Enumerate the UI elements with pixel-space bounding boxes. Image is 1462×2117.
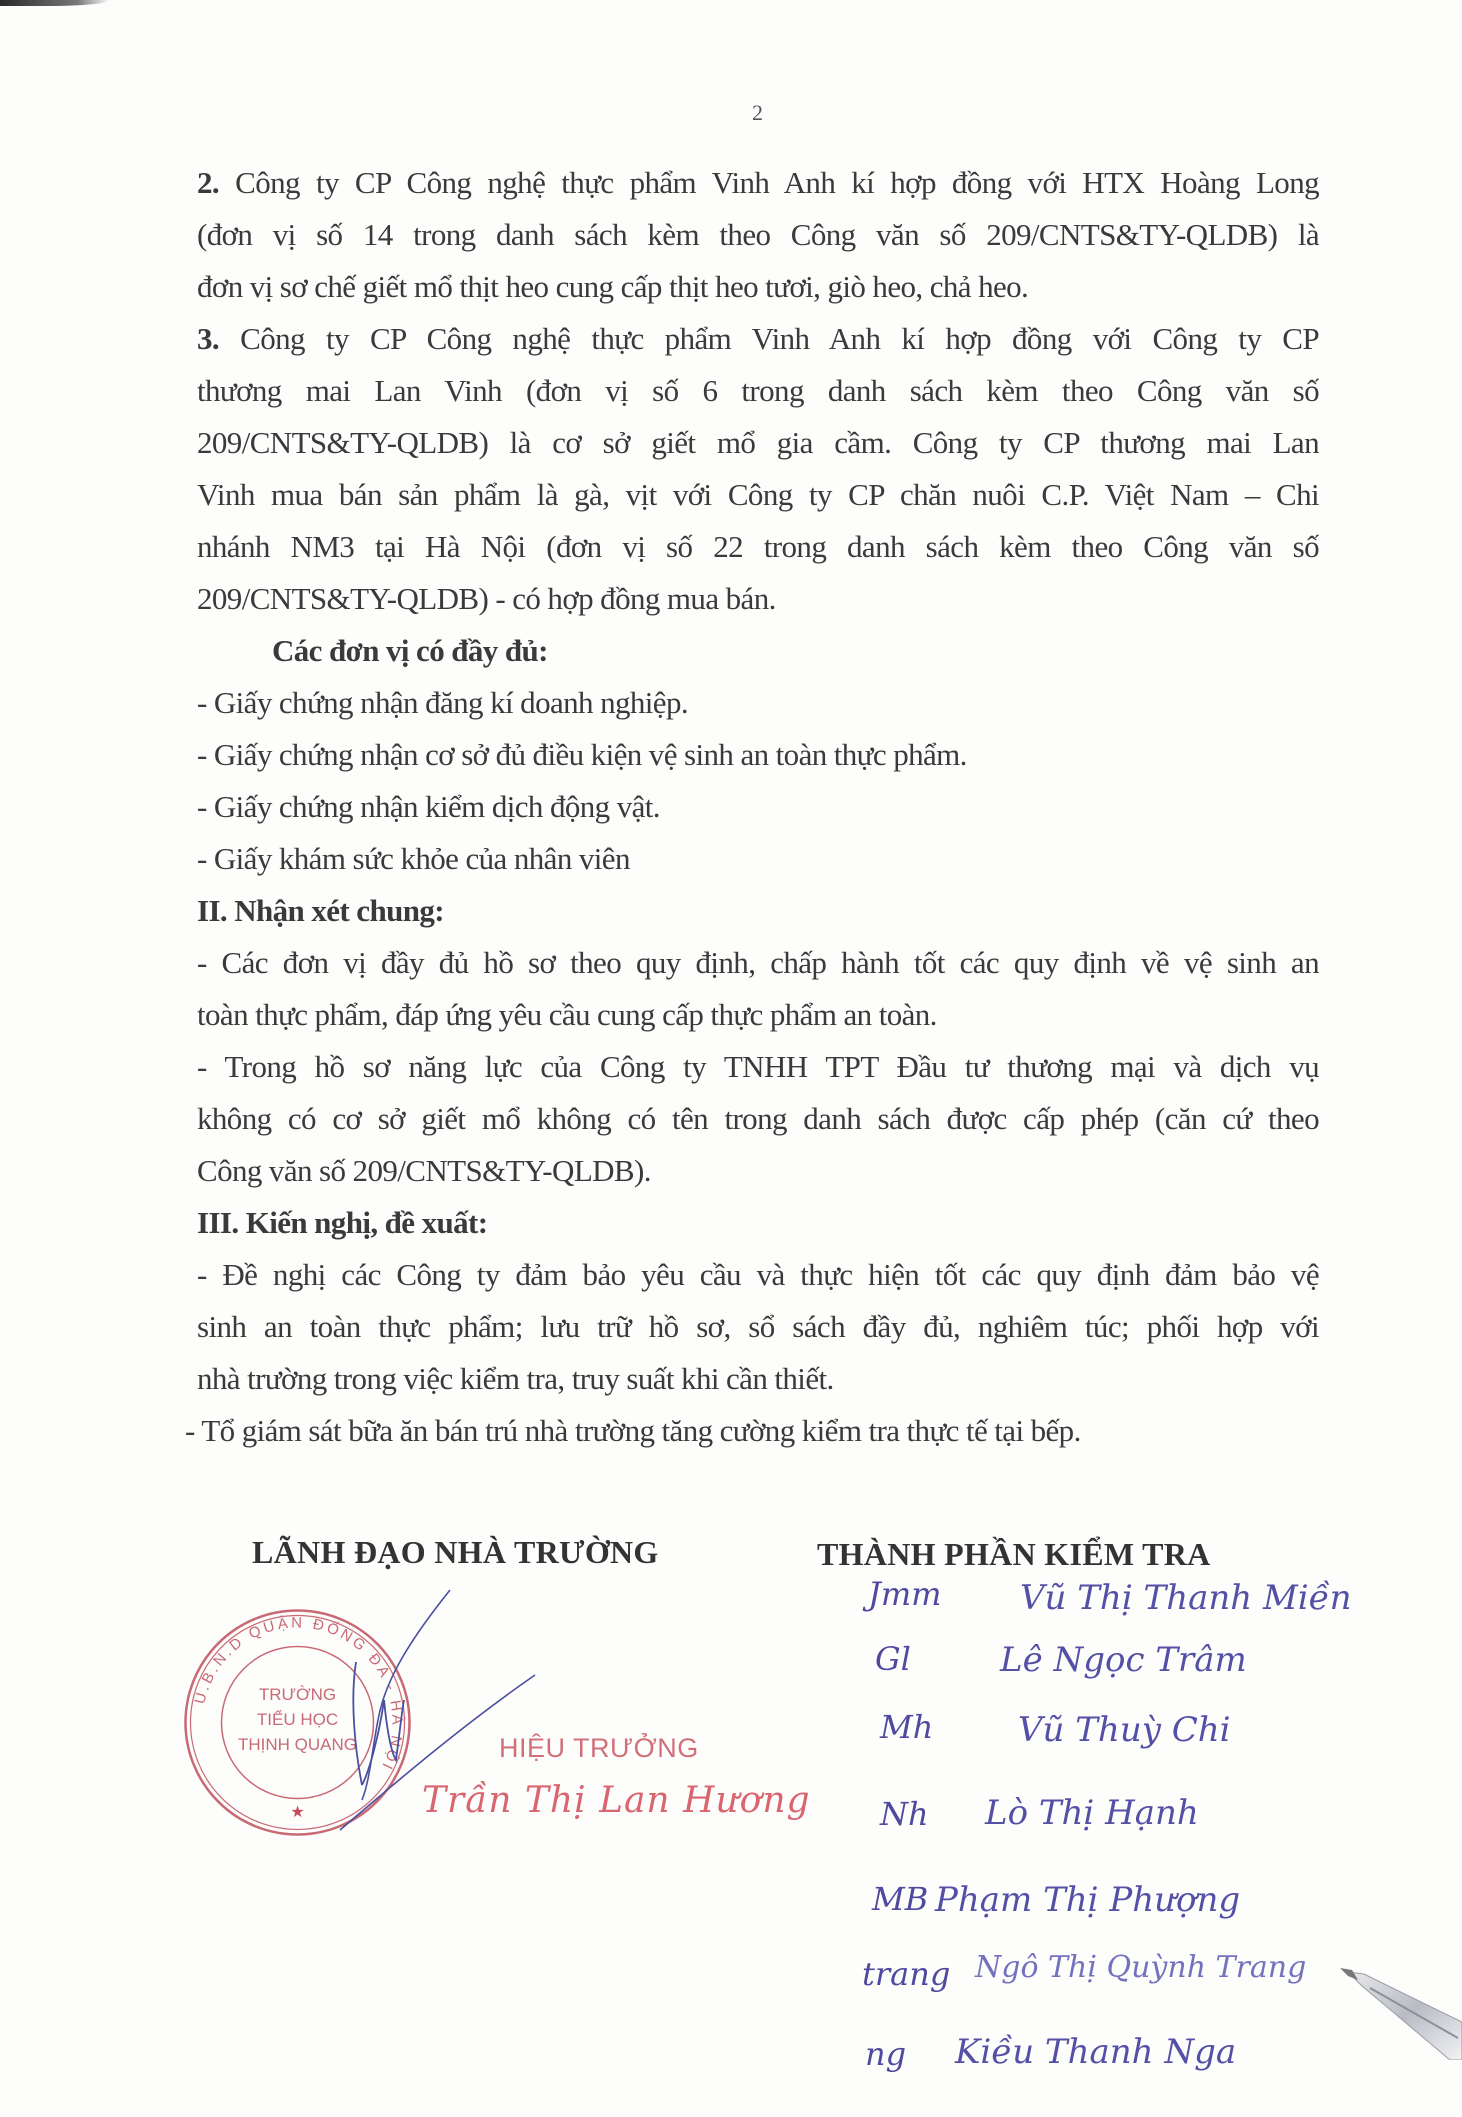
paragraph-3-line: nhánh NM3 tại Hà Nội (đơn vị số 22 trong… xyxy=(197,529,1319,569)
page-corner-shadow xyxy=(0,0,110,6)
member-name: Lê Ngọc Trâm xyxy=(1000,1640,1247,1680)
section-3-line: sinh an toàn thực phẩm; lưu trữ hồ sơ, s… xyxy=(197,1309,1319,1349)
member-signature-mark: Gl xyxy=(875,1640,911,1678)
paragraph-3-line: 209/CNTS&TY-QLDB) - có hợp đồng mua bán. xyxy=(197,581,1319,617)
section-2-line: toàn thực phẩm, đáp ứng yêu cầu cung cấp… xyxy=(197,997,1319,1033)
section-3-line: - Đề nghị các Công ty đảm bảo yêu cầu và… xyxy=(197,1257,1319,1297)
member-signature-mark: Jmm xyxy=(868,1575,942,1613)
school-leadership-heading: LÃNH ĐẠO NHÀ TRƯỜNG xyxy=(252,1534,659,1571)
member-name: Lò Thị Hạnh xyxy=(985,1793,1199,1833)
member-signature-mark: Mh xyxy=(880,1708,933,1746)
member-name: Ngô Thị Quỳnh Trang xyxy=(975,1950,1306,1985)
principal-title: HIỆU TRƯỞNG xyxy=(499,1733,699,1764)
text-span: Công ty CP Công nghệ thực phẩm Vinh Anh … xyxy=(235,165,1319,200)
paragraph-2-line: (đơn vị số 14 trong danh sách kèm theo C… xyxy=(197,217,1319,257)
member-name: Phạm Thị Phượng xyxy=(935,1880,1240,1920)
member-signature-mark: trang xyxy=(862,1955,950,1993)
paragraph-3-label: 3. xyxy=(197,321,219,356)
section-2-heading: II. Nhận xét chung: xyxy=(197,893,1319,929)
member-signature-mark: Nh xyxy=(880,1795,929,1833)
section-2-line: Công văn số 209/CNTS&TY-QLDB). xyxy=(197,1153,1319,1189)
documents-heading: Các đơn vị có đầy đủ: xyxy=(272,633,1394,669)
paragraph-3-line: 3. Công ty CP Công nghệ thực phẩm Vinh A… xyxy=(197,321,1319,361)
section-3-line: nhà trường trong việc kiểm tra, truy suấ… xyxy=(197,1361,1319,1397)
member-signature-mark: ng xyxy=(865,2035,906,2073)
inspection-team-heading: THÀNH PHẦN KIỂM TRA xyxy=(817,1536,1211,1573)
page-number: 2 xyxy=(752,100,763,126)
paragraph-3-line: 209/CNTS&TY-QLDB) là cơ sở giết mổ gia c… xyxy=(197,425,1319,465)
text-span: Công ty CP Công nghệ thực phẩm Vinh Anh … xyxy=(240,321,1319,356)
documents-item: - Giấy chứng nhận đăng kí doanh nghiệp. xyxy=(197,685,1319,721)
documents-item: - Giấy chứng nhận kiểm dịch động vật. xyxy=(197,789,1319,825)
paragraph-2-line: 2. Công ty CP Công nghệ thực phẩm Vinh A… xyxy=(197,165,1319,205)
paragraph-3-line: Vinh mua bán sản phẩm là gà, vịt với Côn… xyxy=(197,477,1319,517)
section-3-line: - Tổ giám sát bữa ăn bán trú nhà trường … xyxy=(185,1413,1307,1449)
member-signature-mark: MB xyxy=(872,1880,928,1918)
paragraph-2-label: 2. xyxy=(197,165,219,200)
documents-item: - Giấy khám sức khỏe của nhân viên xyxy=(197,841,1319,877)
section-2-line: không có cơ sở giết mổ không có tên tron… xyxy=(197,1101,1319,1141)
documents-item: - Giấy chứng nhận cơ sở đủ điều kiện vệ … xyxy=(197,737,1319,773)
member-name: Vũ Thuỳ Chi xyxy=(1018,1710,1231,1750)
member-name: Vũ Thị Thanh Miền xyxy=(1020,1578,1351,1618)
section-2-line: - Trong hồ sơ năng lực của Công ty TNHH … xyxy=(197,1049,1319,1089)
paragraph-3-line: thương mai Lan Vinh (đơn vị số 6 trong d… xyxy=(197,373,1319,413)
paragraph-2-line: đơn vị sơ chế giết mổ thịt heo cung cấp … xyxy=(197,269,1319,305)
principal-name: Trần Thị Lan Hương xyxy=(422,1780,811,1821)
member-name: Kiều Thanh Nga xyxy=(955,2032,1236,2072)
section-2-line: - Các đơn vị đầy đủ hồ sơ theo quy định,… xyxy=(197,945,1319,985)
section-3-heading: III. Kiến nghị, đề xuất: xyxy=(197,1205,1319,1241)
pen-icon xyxy=(1340,1960,1462,2060)
